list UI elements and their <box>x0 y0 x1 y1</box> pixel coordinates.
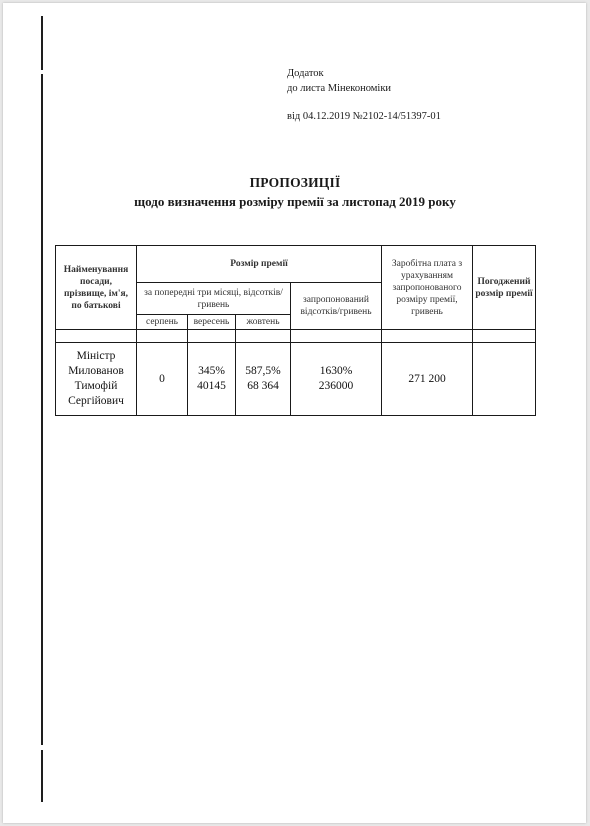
header-salary: Заробітна плата з урахуванням запропонов… <box>382 246 473 330</box>
cell-agreed <box>473 343 536 416</box>
header-month-september: вересень <box>188 315 236 330</box>
cell-october-pct: 587,5% <box>238 364 288 379</box>
cell-surname: Милованов <box>58 364 134 379</box>
table-row: Міністр Милованов Тимофій Сергійович 0 3… <box>56 343 536 416</box>
cell-position: Міністр <box>58 349 134 364</box>
cell-first-name: Тимофій <box>58 379 134 394</box>
header-name: Найменування посади, прізвище, ім'я, по … <box>56 246 137 330</box>
document-title: ПРОПОЗИЦІЇ щодо визначення розміру премі… <box>0 173 590 211</box>
header-previous-months: за попередні три місяці, відсотків/гриве… <box>137 283 291 315</box>
annex-header: Додаток до листа Мінекономіки від 04.12.… <box>287 66 441 124</box>
cell-proposed: 1630% 236000 <box>291 343 382 416</box>
scan-artifact-gap <box>40 745 44 750</box>
cell-october-uah: 68 364 <box>238 379 288 394</box>
header-agreed: Погоджений розмір премії <box>473 246 536 330</box>
cell-salary: 271 200 <box>382 343 473 416</box>
bonus-table: Найменування посади, прізвище, ім'я, по … <box>55 245 536 416</box>
annex-label: Додаток <box>287 66 441 81</box>
cell-patronymic: Сергійович <box>58 394 134 409</box>
header-proposed: запропонований відсотків/гривень <box>291 283 382 330</box>
header-month-october: жовтень <box>236 315 291 330</box>
title-subtitle: щодо визначення розміру премії за листоп… <box>0 192 590 211</box>
table-row-empty <box>56 330 536 343</box>
cell-name: Міністр Милованов Тимофій Сергійович <box>56 343 137 416</box>
cell-august: 0 <box>137 343 188 416</box>
cell-september-uah: 40145 <box>190 379 233 394</box>
scan-artifact-line <box>41 16 43 802</box>
cell-proposed-uah: 236000 <box>293 379 379 394</box>
scan-artifact-gap <box>40 70 44 74</box>
annex-letter: до листа Мінекономіки <box>287 81 441 96</box>
cell-september-pct: 345% <box>190 364 233 379</box>
header-bonus-size: Розмір премії <box>137 246 382 283</box>
cell-september: 345% 40145 <box>188 343 236 416</box>
cell-october: 587,5% 68 364 <box>236 343 291 416</box>
title-main: ПРОПОЗИЦІЇ <box>0 173 590 192</box>
cell-proposed-pct: 1630% <box>293 364 379 379</box>
annex-reference: від 04.12.2019 №2102-14/51397-01 <box>287 109 441 124</box>
header-month-august: серпень <box>137 315 188 330</box>
